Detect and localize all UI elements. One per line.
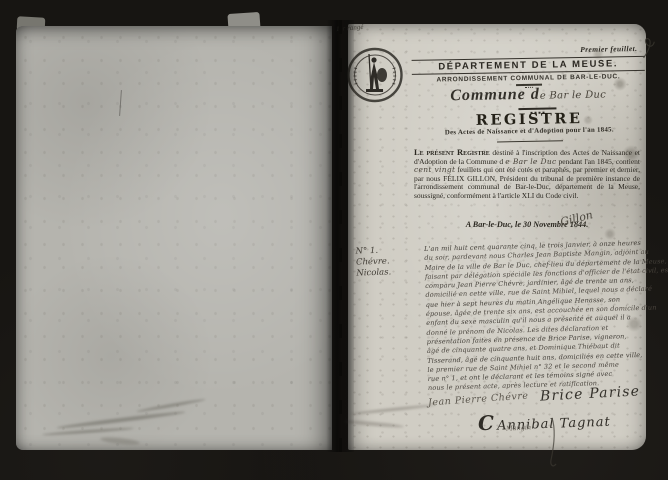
ink-bleedthrough [42, 427, 134, 436]
ink-bleedthrough [100, 436, 140, 446]
arrondissement-title: ARRONDISSEMENT COMMUNAL DE BAR-LE-DUC. [412, 73, 645, 84]
printed-header: Premier feuillet. DÉPARTEMENT DE LA MEUS… [347, 20, 645, 25]
ornament-rule [497, 140, 563, 142]
folio-label: Premier feuillet. [527, 44, 637, 55]
act-margin-note: N° 1. Chévre. Nicolas. [355, 245, 391, 279]
ink-bleedthrough [56, 410, 186, 430]
ink-bleedthrough [350, 404, 436, 416]
pen-flourish [544, 416, 560, 470]
binding-stitches [339, 20, 342, 452]
preamble-lead: Le présent Registre [414, 147, 490, 157]
book-gutter [326, 20, 354, 452]
register-recto-page: 1er rangé Premier feuillet. [348, 24, 646, 450]
paper-crack [119, 90, 122, 116]
commune-line: Commune de Bar le Duc [408, 84, 648, 106]
commune-printed-label: Commune d [450, 86, 540, 105]
left-blank-page [16, 26, 332, 450]
signature-flourish: C [478, 411, 496, 436]
act-given-name: Nicolas. [356, 267, 391, 279]
scanned-register-page: 1er rangé Premier feuillet. [0, 0, 668, 480]
officer-signature: Mangin [506, 423, 532, 432]
preamble-paragraph: Le présent Registre destiné à l'inscript… [414, 148, 640, 201]
act-body-handwritten: L'an mil huit cent quarante cinq, le tro… [424, 239, 648, 394]
commune-handwritten-value: e Bar le Duc [540, 90, 607, 102]
dateline: A Bar-le-Duc, le 30 Novembre 1844. [414, 220, 640, 229]
ink-bleedthrough [136, 398, 205, 413]
